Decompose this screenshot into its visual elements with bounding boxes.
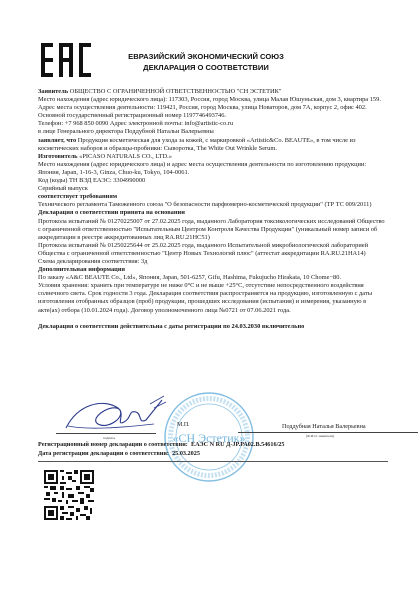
- registration-date-line: Дата регистрации декларации о соответств…: [38, 450, 285, 459]
- registration-divider: [38, 461, 388, 462]
- union-title: ЕВРАЗИЙСКИЙ ЭКОНОМИЧЕСКИЙ СОЮЗ: [118, 51, 294, 62]
- applicant-label: Заявитель: [38, 88, 68, 95]
- order-info: По заказу «A&C BEAUTE Co., Ltd», Япония,…: [38, 274, 388, 282]
- qr-code-icon[interactable]: [44, 470, 94, 520]
- signature-icon: [58, 394, 168, 434]
- additional-info-label: Дополнительная информация: [38, 266, 388, 274]
- product-description: Продукция косметическая для ухода за кож…: [38, 137, 355, 152]
- applicant-activity-address: Адрес места осуществления деятельности: …: [38, 104, 388, 112]
- signer-name-line: [238, 432, 418, 433]
- signer-caption: (Ф.И.О. заявителя): [306, 434, 334, 438]
- declaration-page: ЕВРАЗИЙСКИЙ ЭКОНОМИЧЕСКИЙ СОЮЗ ДЕКЛАРАЦИ…: [0, 0, 420, 594]
- test-protocol-1: Протокола испытаний № 01270225007 от 27.…: [38, 218, 388, 242]
- manufacturer-address: Место нахождения (адрес юридического лиц…: [38, 161, 388, 177]
- registration-number-line: Регистрационный номер декларации о соотв…: [38, 441, 285, 450]
- declaration-scheme: Схема декларирования соответствия: 3д: [38, 258, 388, 266]
- batch-type: Серийный выпуск: [38, 185, 388, 193]
- registration-block: Регистрационный номер декларации о соотв…: [38, 441, 285, 458]
- validity-period: Декларация о соответствии действительна …: [38, 323, 388, 331]
- signature-line: [56, 433, 156, 434]
- storage-conditions: Условия хранения: хранить при температур…: [38, 282, 388, 314]
- document-header: ЕВРАЗИЙСКИЙ ЭКОНОМИЧЕСКИЙ СОЮЗ ДЕКЛАРАЦИ…: [118, 51, 294, 73]
- registration-number: ЕАЭС N RU Д-JP.РА02.В.54616/25: [191, 441, 285, 448]
- compliance-label: соответствует требованиям: [38, 193, 388, 201]
- registration-date: 25.03.2025: [172, 450, 200, 457]
- manufacturer-name: «PICASO NATURALS CO., LTD.»: [79, 153, 172, 160]
- signature-caption: подпись: [103, 436, 115, 440]
- declares-line: заявляет, что Продукция косметическая дл…: [38, 137, 388, 153]
- test-protocol-2: Протокола испытаний № 01250225644 от 25.…: [38, 242, 388, 258]
- compliance-regulation: Технического регламента Таможенного союз…: [38, 201, 388, 209]
- applicant-representative: в лице Генерального директора Поддубной …: [38, 128, 388, 136]
- registration-date-label: Дата регистрации декларации о соответств…: [38, 450, 169, 457]
- basis-label: Декларация о соответствии принята на осн…: [38, 209, 388, 217]
- registration-number-label: Регистрационный номер декларации о соотв…: [38, 441, 188, 448]
- tn-ved-code: Код (коды) ТН ВЭД ЕАЭС: 3304990000: [38, 177, 388, 185]
- declaration-title: ДЕКЛАРАЦИЯ О СООТВЕТСТВИИ: [118, 62, 294, 73]
- seal-place-label: М.П.: [177, 422, 190, 428]
- applicant-name: ОБЩЕСТВО С ОГРАНИЧЕННОЙ ОТВЕТСТВЕННОСТЬЮ…: [70, 88, 282, 95]
- eac-logo-icon: [41, 43, 91, 77]
- declaration-body: Заявитель ОБЩЕСТВО С ОГРАНИЧЕННОЙ ОТВЕТС…: [38, 88, 388, 331]
- company-stamp-icon: «СН Эстетик»: [161, 389, 257, 485]
- declares-label: заявляет, что: [38, 137, 76, 144]
- signer-name: Поддубная Наталья Валерьевна: [282, 423, 366, 430]
- applicant-ogrn: Основной государственный регистрационный…: [38, 112, 388, 120]
- applicant-line: Заявитель ОБЩЕСТВО С ОГРАНИЧЕННОЙ ОТВЕТС…: [38, 88, 388, 96]
- applicant-contacts: Телефон: +7 968 850 0090 Адрес электронн…: [38, 120, 388, 128]
- manufacturer-label: Изготовитель: [38, 153, 78, 160]
- applicant-legal-address: Место нахождения (адрес юридического лиц…: [38, 96, 388, 104]
- manufacturer-line: Изготовитель «PICASO NATURALS CO., LTD.»: [38, 153, 388, 161]
